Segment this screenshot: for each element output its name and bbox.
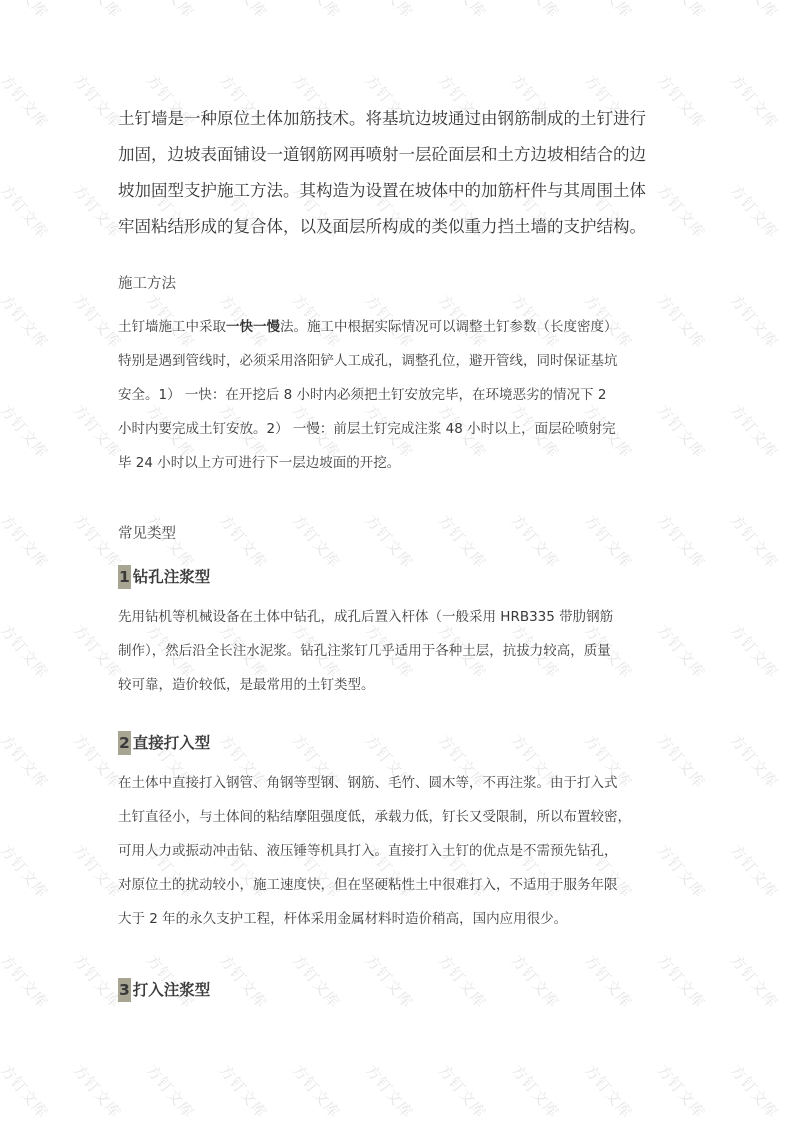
watermark-text: 方钉文库 — [726, 180, 783, 243]
heading-text: 打入注浆型 — [133, 979, 211, 1001]
watermark-text: 方钉文库 — [215, 510, 272, 573]
watermark-text: 方钉文库 — [288, 510, 345, 573]
watermark-text: 方钉文库 — [0, 510, 53, 573]
watermark-text: 方钉文库 — [726, 950, 783, 1013]
type-line: 在土体中直接打入钢管、角钢等型钢、钢筋、毛竹、圆木等，不再注浆。由于打入式 — [118, 766, 678, 800]
intro-paragraph: 土钉墙是一种原位土体加筋技术。将基坑边坡通过由钢筋制成的土钉进行 加固，边坡表面… — [118, 101, 678, 245]
watermark-text: 方钉文库 — [0, 180, 53, 243]
watermark-text: 方钉文库 — [288, 950, 345, 1013]
section-title-construction-method: 施工方法 — [118, 274, 176, 294]
watermark-text: 方钉文库 — [361, 1060, 418, 1122]
watermark-text: 方钉文库 — [726, 840, 783, 903]
method-line: 毕 24 小时以上方可进行下一层边坡面的开挖。 — [118, 446, 678, 480]
watermark-text: 方钉文库 — [0, 950, 53, 1013]
type-heading-3: 3 打入注浆型 — [118, 978, 210, 1002]
watermark-text: 方钉文库 — [142, 1060, 199, 1122]
heading-number: 3 — [118, 978, 131, 1002]
watermark-text: 方钉文库 — [0, 730, 53, 793]
intro-line: 加固，边坡表面铺设一道钢筋网再喷射一层砼面层和土方边坡相结合的边 — [118, 137, 678, 173]
watermark-text: 方钉文库 — [726, 510, 783, 573]
watermark-text: 方钉文库 — [434, 1060, 491, 1122]
watermark-text: 方钉文库 — [580, 1060, 637, 1122]
construction-method-paragraph: 土钉墙施工中采取一快一慢法。施工中根据实际情况可以调整土钉参数（长度密度） 特别… — [118, 310, 678, 480]
watermark-text: 方钉文库 — [726, 620, 783, 683]
watermark-text: 方钉文库 — [0, 620, 53, 683]
watermark-text: 方钉文库 — [0, 0, 53, 23]
watermark-text: 方钉文库 — [434, 510, 491, 573]
watermark-text: 方钉文库 — [69, 1060, 126, 1122]
watermark-text: 方钉文库 — [361, 0, 418, 23]
watermark-text: 方钉文库 — [726, 70, 783, 133]
watermark-text: 方钉文库 — [288, 1060, 345, 1122]
section-title-common-types: 常见类型 — [118, 524, 176, 544]
intro-line: 牢固粘结形成的复合体，以及面层所构成的类似重力挡土墙的支护结构。 — [118, 209, 678, 245]
watermark-text: 方钉文库 — [653, 1060, 710, 1122]
watermark-text: 方钉文库 — [434, 0, 491, 23]
watermark-text: 方钉文库 — [726, 730, 783, 793]
watermark-text: 方钉文库 — [215, 1060, 272, 1122]
intro-line: 土钉墙是一种原位土体加筋技术。将基坑边坡通过由钢筋制成的土钉进行 — [118, 101, 678, 137]
method-line: 土钉墙施工中采取一快一慢法。施工中根据实际情况可以调整土钉参数（长度密度） — [118, 310, 678, 344]
watermark-text: 方钉文库 — [142, 0, 199, 23]
watermark-text: 方钉文库 — [361, 950, 418, 1013]
type-line: 制作），然后沿全长注水泥浆。钻孔注浆钉几乎适用于各种土层，抗拔力较高，质量 — [118, 634, 678, 668]
bold-term: 一快一慢 — [226, 319, 280, 335]
watermark-text: 方钉文库 — [507, 1060, 564, 1122]
watermark-text: 方钉文库 — [653, 510, 710, 573]
watermark-text: 方钉文库 — [726, 400, 783, 463]
type-heading-2: 2 直接打入型 — [118, 731, 210, 755]
type-line: 大于 2 年的永久支护工程，杆体采用金属材料时造价稍高，国内应用很少。 — [118, 902, 678, 936]
watermark-text: 方钉文库 — [0, 70, 53, 133]
watermark-text: 方钉文库 — [361, 510, 418, 573]
method-line: 安全。1） 一快：在开挖后 8 小时内必须把土钉安放完毕，在环境恶劣的情况下 2 — [118, 378, 678, 412]
type-line: 可用人力或振动冲击钻、液压锤等机具打入。直接打入土钉的优点是不需预先钻孔， — [118, 834, 678, 868]
heading-number: 2 — [118, 731, 131, 755]
watermark-text: 方钉文库 — [726, 1060, 783, 1122]
type-1-paragraph: 先用钻机等机械设备在土体中钻孔，成孔后置入杆体（一般采用 HRB335 带肋钢筋… — [118, 600, 678, 702]
watermark-text: 方钉文库 — [653, 0, 710, 23]
watermark-text: 方钉文库 — [726, 0, 783, 23]
watermark-text: 方钉文库 — [215, 950, 272, 1013]
watermark-text: 方钉文库 — [653, 950, 710, 1013]
type-line: 土钉直径小，与土体间的粘结摩阻强度低，承载力低，钉长又受限制，所以布置较密， — [118, 800, 678, 834]
type-line: 较可靠，造价较低，是最常用的土钉类型。 — [118, 668, 678, 702]
watermark-text: 方钉文库 — [726, 290, 783, 353]
method-text: 土钉墙施工中采取 — [118, 319, 226, 335]
type-heading-1: 1 钻孔注浆型 — [118, 565, 210, 589]
watermark-text: 方钉文库 — [580, 0, 637, 23]
watermark-text: 方钉文库 — [434, 950, 491, 1013]
heading-number: 1 — [118, 565, 131, 589]
watermark-text: 方钉文库 — [507, 0, 564, 23]
watermark-text: 方钉文库 — [580, 950, 637, 1013]
heading-text: 直接打入型 — [133, 732, 211, 754]
watermark-text: 方钉文库 — [0, 290, 53, 353]
watermark-text: 方钉文库 — [215, 0, 272, 23]
watermark-text: 方钉文库 — [507, 950, 564, 1013]
watermark-text: 方钉文库 — [0, 840, 53, 903]
method-line: 特别是遇到管线时，必须采用洛阳铲人工成孔，调整孔位，避开管线，同时保证基坑 — [118, 344, 678, 378]
intro-line: 坡加固型支护施工方法。其构造为设置在坡体中的加筋杆件与其周围土体 — [118, 173, 678, 209]
watermark-text: 方钉文库 — [288, 0, 345, 23]
type-line: 对原位土的扰动较小，施工速度快，但在坚硬粘性土中很难打入，不适用于服务年限 — [118, 868, 678, 902]
watermark-text: 方钉文库 — [580, 510, 637, 573]
type-2-paragraph: 在土体中直接打入钢管、角钢等型钢、钢筋、毛竹、圆木等，不再注浆。由于打入式 土钉… — [118, 766, 678, 936]
watermark-text: 方钉文库 — [0, 400, 53, 463]
watermark-text: 方钉文库 — [0, 1060, 53, 1122]
heading-text: 钻孔注浆型 — [133, 566, 211, 588]
watermark-text: 方钉文库 — [69, 0, 126, 23]
watermark-text: 方钉文库 — [507, 510, 564, 573]
method-line: 小时内要完成土钉安放。2） 一慢：前层土钉完成注浆 48 小时以上，面层砼喷射完 — [118, 412, 678, 446]
method-text: 法。施工中根据实际情况可以调整土钉参数（长度密度） — [280, 319, 618, 335]
type-line: 先用钻机等机械设备在土体中钻孔，成孔后置入杆体（一般采用 HRB335 带肋钢筋 — [118, 600, 678, 634]
